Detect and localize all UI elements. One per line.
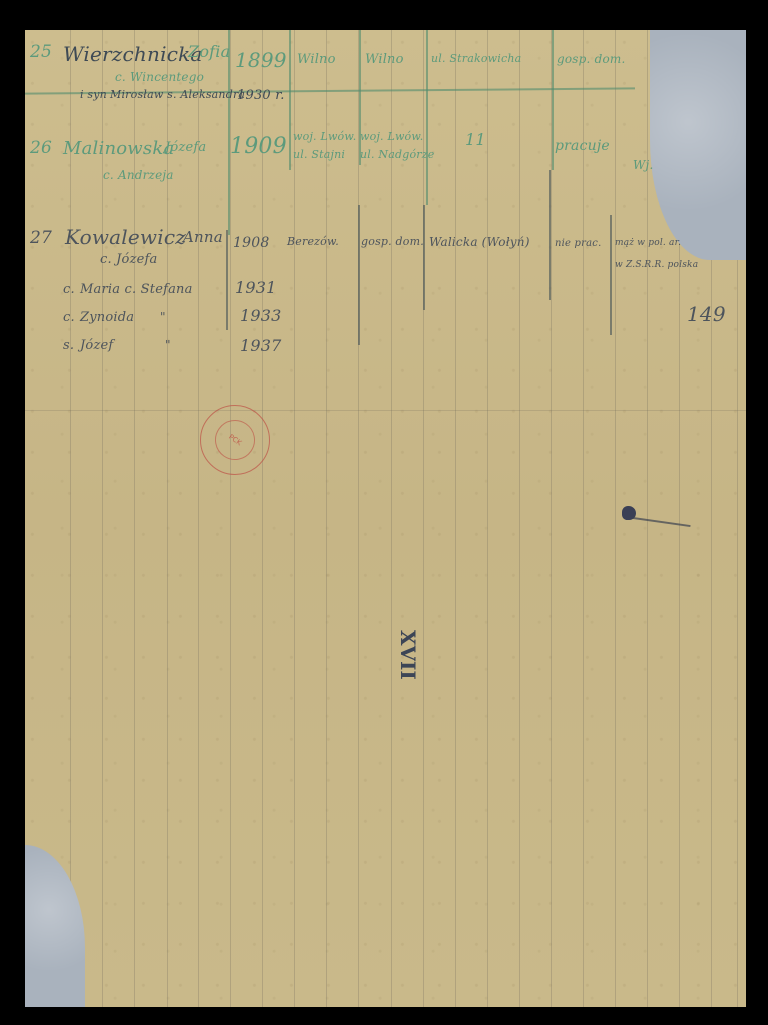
- entry-remarks: mąż w pol. ar.: [615, 238, 681, 248]
- rule-line: [551, 30, 552, 1007]
- rule-line: [70, 30, 71, 1007]
- entry-remarks-2: w Z.S.R.R. polska: [615, 260, 698, 270]
- rule-line: [391, 30, 392, 1007]
- stamp-label: PCK: [207, 412, 263, 468]
- rule-line: [262, 30, 263, 1007]
- entry-given-name: Józefa: [165, 140, 206, 155]
- entry-parent: c. Józefa: [100, 252, 158, 267]
- column-divider: [358, 205, 360, 345]
- child-name: Maria c. Stefana: [80, 282, 193, 297]
- column-divider: [423, 205, 425, 310]
- child-relation: c.: [63, 310, 75, 325]
- rule-line: [455, 30, 456, 1007]
- entry-birth-year: 1908: [233, 235, 269, 251]
- page-number: 149: [687, 302, 726, 326]
- entry-address: Walicka (Wołyń): [429, 235, 530, 249]
- roman-numeral-mark: XVII: [396, 630, 420, 680]
- child-ditto: ": [160, 310, 166, 324]
- child-name: Mirosław s. Aleksandra: [110, 88, 245, 101]
- entry-surname: Wierzchnicka: [63, 42, 203, 66]
- entry-occupation-a: gosp. dom.: [361, 235, 424, 248]
- rule-line: [583, 30, 584, 1007]
- column-divider: [289, 30, 291, 170]
- child-name: Józef: [80, 338, 113, 353]
- column-divider: [610, 215, 612, 335]
- entry-residence: woj. Lwów.: [360, 130, 423, 143]
- archive-stamp: PCK: [200, 405, 270, 475]
- entry-birthplace: Berezów.: [287, 235, 339, 248]
- child-ditto: ": [165, 338, 171, 352]
- entry-number: 25: [30, 42, 52, 62]
- entry-parent: c. Andrzeja: [103, 168, 174, 182]
- child-relation: i syn: [80, 88, 107, 101]
- entry-status: nie prac.: [555, 238, 601, 249]
- entry-address: 11: [465, 130, 486, 149]
- fold-line: [25, 410, 746, 411]
- register-page: 25 Wierzchnicka Zofia 1899 Wilno Wilno u…: [25, 30, 746, 1007]
- child-relation: c.: [63, 282, 75, 297]
- rule-line: [487, 30, 488, 1007]
- entry-extra: Wj.: [633, 158, 653, 172]
- entry-birth-year: 1899: [235, 48, 287, 72]
- child-year: 1930 r.: [237, 88, 285, 103]
- ink-smear: [633, 517, 691, 527]
- child-year: 1937: [240, 336, 282, 355]
- entry-surname: Malinowska: [63, 138, 174, 159]
- entry-birth-year: 1909: [230, 134, 287, 159]
- rule-line: [198, 30, 199, 1007]
- entry-occupation: gosp. dom.: [557, 52, 625, 66]
- entry-surname: Kowalewicz: [65, 225, 186, 249]
- rule-line: [519, 30, 520, 1007]
- child-relation: s.: [63, 338, 74, 353]
- rule-line: [615, 30, 616, 1007]
- entry-given-name: Zofia: [188, 42, 230, 61]
- entry-number: 27: [30, 228, 52, 248]
- child-name: Zynoida: [80, 310, 134, 325]
- column-divider: [426, 30, 428, 205]
- entry-given-name: Anna: [183, 228, 223, 246]
- entry-number: 26: [30, 138, 52, 158]
- rule-line: [423, 30, 424, 1007]
- entry-residence: Wilno: [365, 52, 404, 67]
- rule-line: [230, 30, 231, 1007]
- entry-parent: c. Wincentego: [115, 70, 204, 84]
- column-divider: [359, 30, 361, 165]
- column-divider: [549, 170, 551, 300]
- column-divider: [552, 30, 554, 170]
- entry-birthplace: woj. Lwów.: [293, 130, 356, 143]
- entry-birthplace-street: ul. Stajni: [293, 148, 345, 161]
- entry-address: ul. Strakowicha: [431, 52, 521, 65]
- rule-line: [358, 30, 359, 1007]
- entry-residence-street: ul. Nadgórze: [360, 148, 434, 161]
- rule-line: [294, 30, 295, 1007]
- column-divider: [226, 230, 228, 330]
- tissue-patch: [650, 30, 746, 260]
- tissue-patch: [25, 845, 85, 1007]
- rule-line: [326, 30, 327, 1007]
- child-year: 1933: [240, 306, 282, 325]
- entry-birthplace: Wilno: [297, 52, 336, 67]
- entry-occupation: pracuje: [555, 138, 610, 154]
- child-year: 1931: [235, 278, 277, 297]
